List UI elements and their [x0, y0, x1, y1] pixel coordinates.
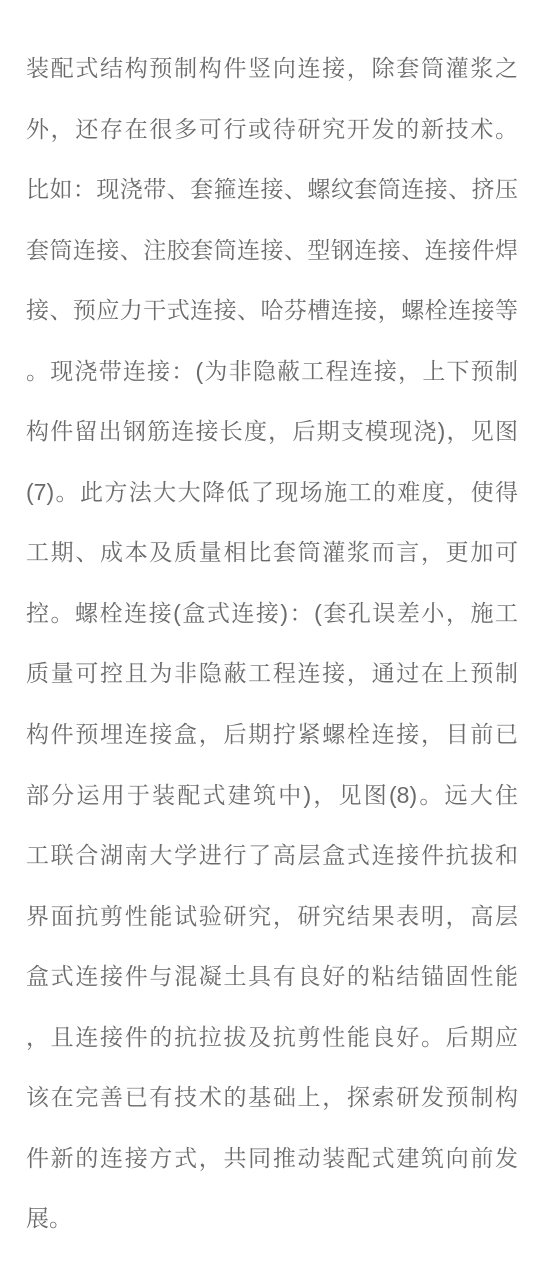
text-line: 件新的连接方式，共同推动装配式建筑向前发 — [26, 1128, 518, 1189]
text-line: 控。螺栓连接(盒式连接)：(套孔误差小，施工 — [26, 583, 518, 644]
text-line: 该在完善已有技术的基础上，探索研发预制构 — [26, 1067, 518, 1128]
text-line: 接、预应力干式连接、哈芬槽连接，螺栓连接等 — [26, 280, 518, 341]
text-line: 外，还存在很多可行或待研究开发的新技术。 — [26, 99, 518, 160]
text-line: ，且连接件的抗拉拔及抗剪性能良好。后期应 — [26, 1007, 518, 1068]
text-line: 盒式连接件与混凝土具有良好的粘结锚固性能 — [26, 946, 518, 1007]
text-line: 。现浇带连接：(为非隐蔽工程连接，上下预制 — [26, 341, 518, 402]
text-line: 部分运用于装配式建筑中)，见图(8)。远大住 — [26, 765, 518, 826]
article-text-block: 装配式结构预制构件竖向连接，除套筒灌浆之 外，还存在很多可行或待研究开发的新技术… — [0, 0, 550, 1249]
text-line: 展。 — [26, 1188, 518, 1249]
text-line: 工联合湖南大学进行了高层盒式连接件抗拔和 — [26, 825, 518, 886]
text-line: 构件留出钢筋连接长度，后期支模现浇)，见图 — [26, 401, 518, 462]
text-line: 构件预埋连接盒，后期拧紧螺栓连接，目前已 — [26, 704, 518, 765]
text-line: 工期、成本及质量相比套筒灌浆而言，更加可 — [26, 522, 518, 583]
text-line: 装配式结构预制构件竖向连接，除套筒灌浆之 — [26, 38, 518, 99]
text-line: 质量可控且为非隐蔽工程连接，通过在上预制 — [26, 643, 518, 704]
text-line: (7)。此方法大大降低了现场施工的难度，使得 — [26, 462, 518, 523]
text-line: 套筒连接、注胶套筒连接、型钢连接、连接件焊 — [26, 220, 518, 281]
text-line: 比如：现浇带、套箍连接、螺纹套筒连接、挤压 — [26, 159, 518, 220]
text-line: 界面抗剪性能试验研究，研究结果表明，高层 — [26, 886, 518, 947]
